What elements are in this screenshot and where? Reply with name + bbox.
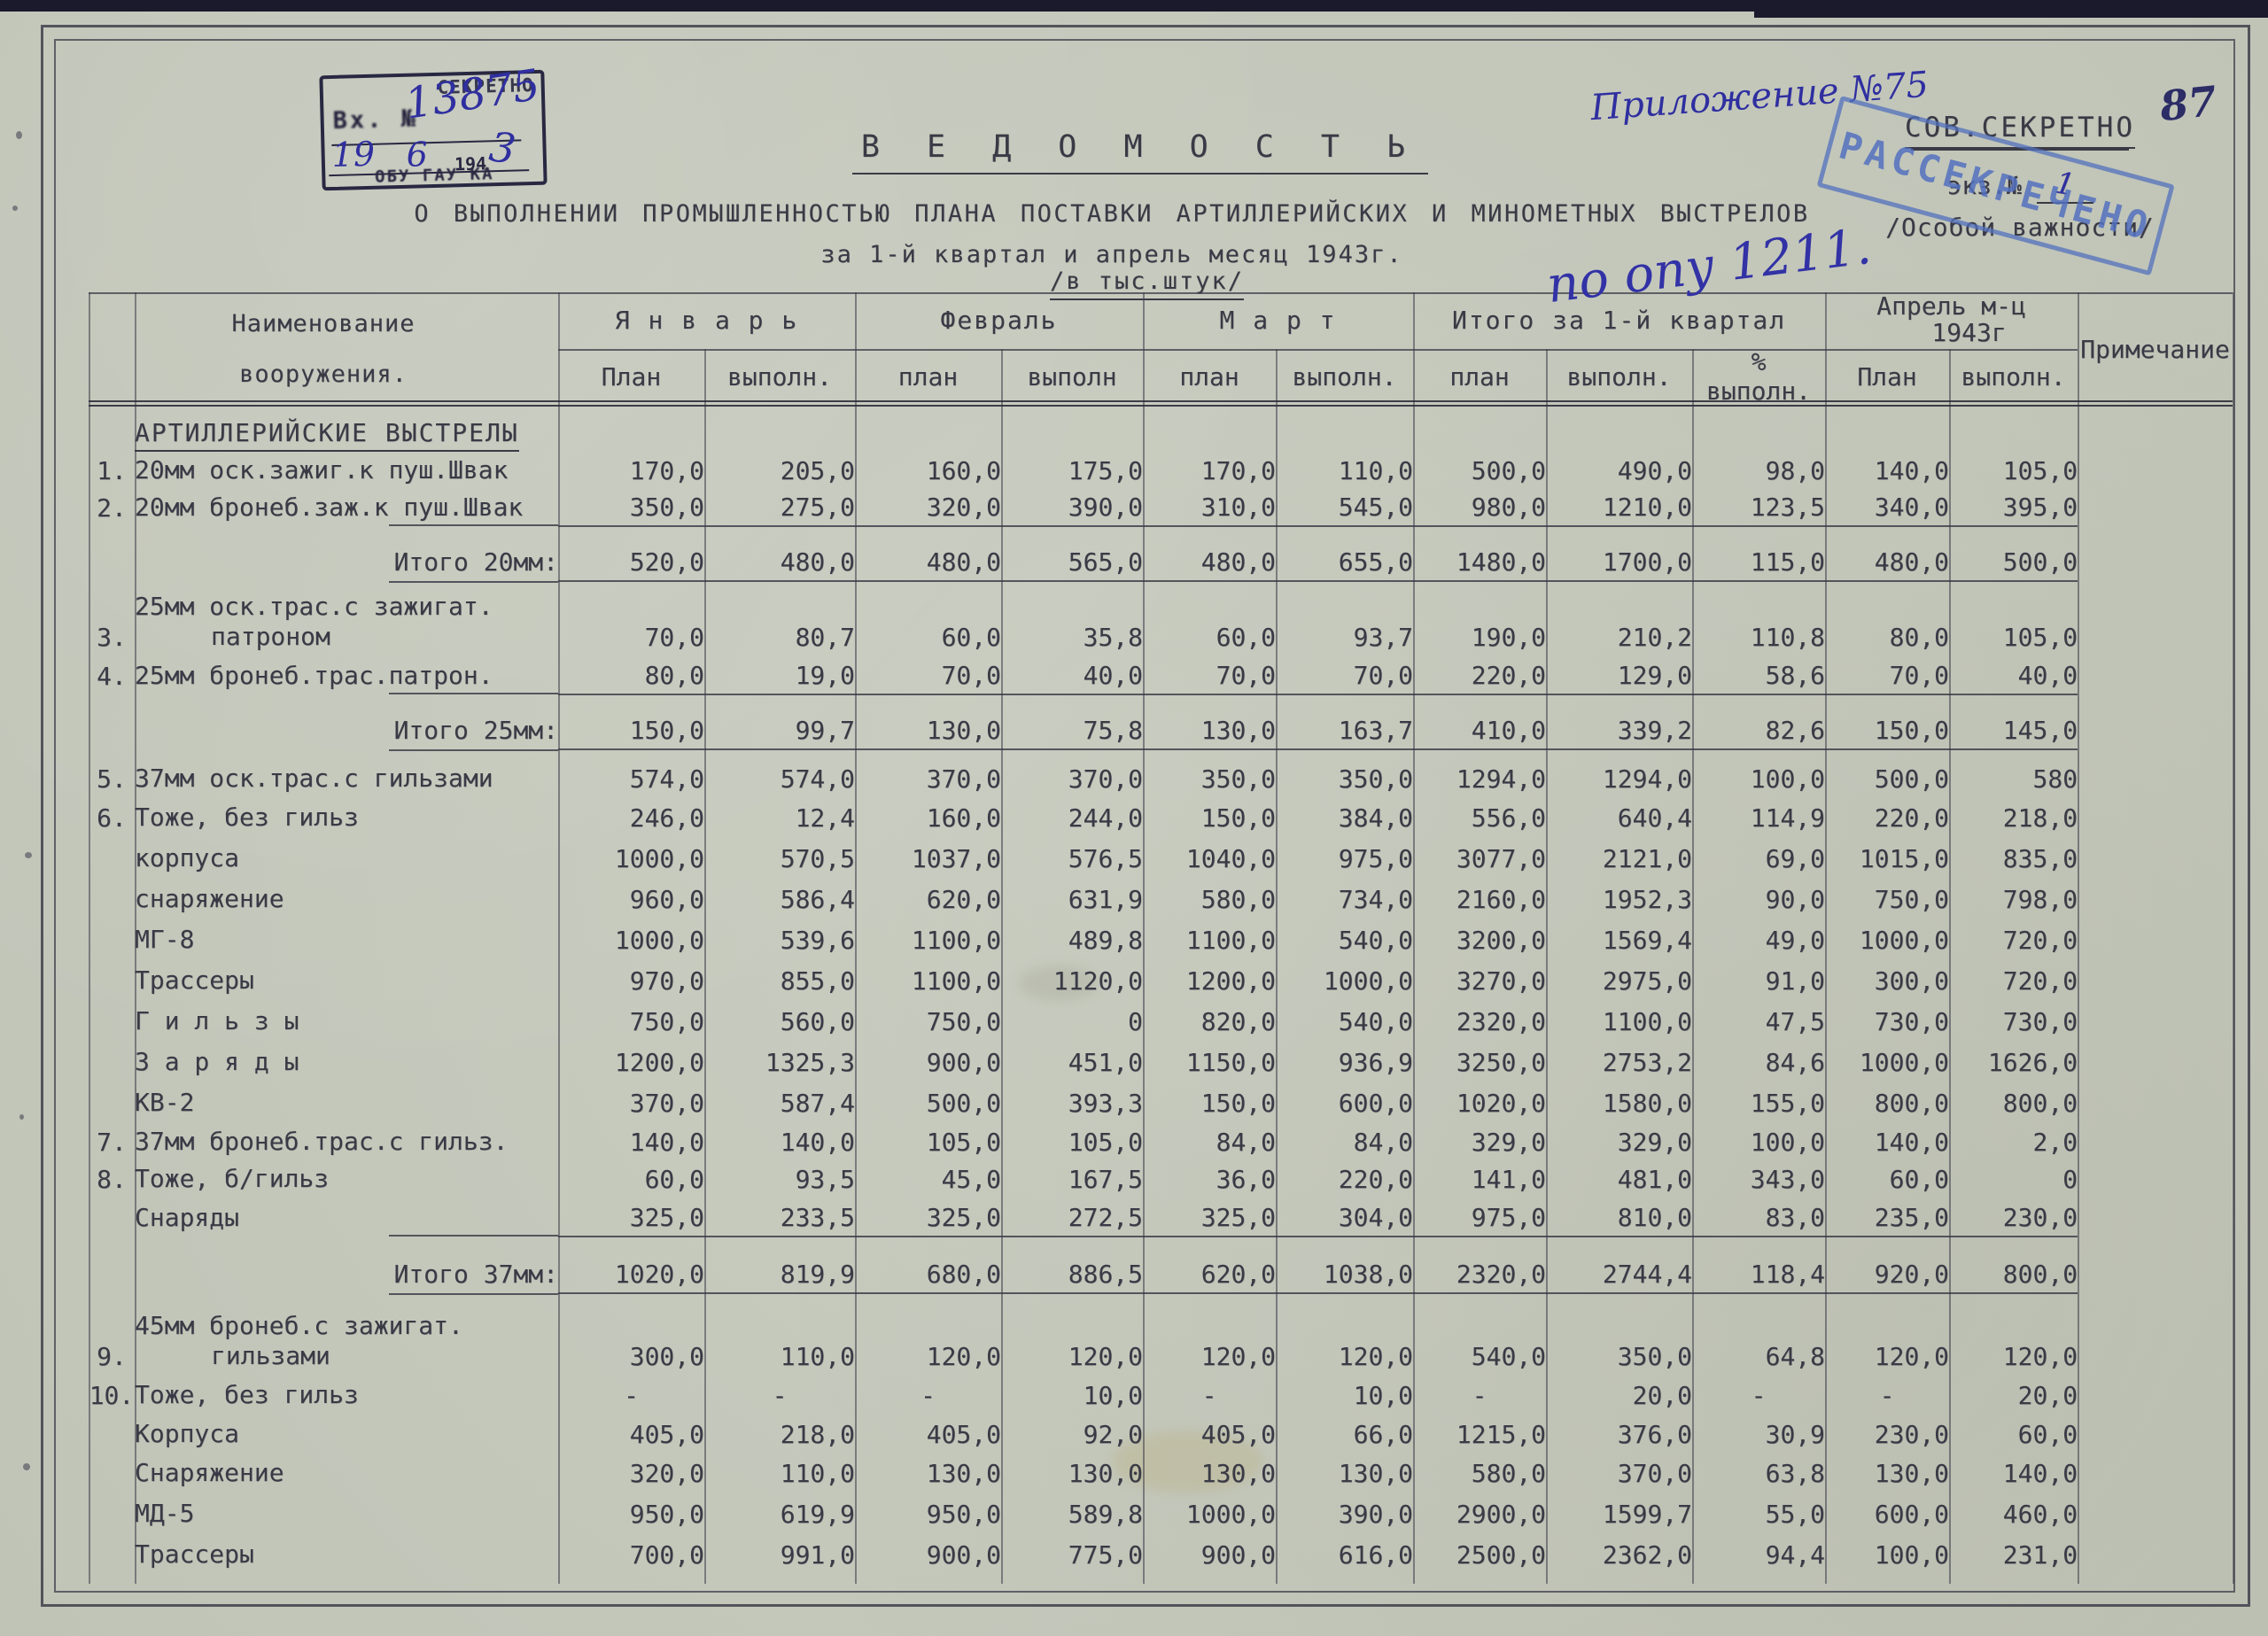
- col-header-name-line1: Наименование: [89, 310, 558, 337]
- document-title: В Е Д О М О С Т Ь: [786, 129, 1495, 165]
- table-row: Снаряжение320,0110,0130,0130,0130,0130,0…: [89, 1453, 2233, 1492]
- row-number: [89, 526, 135, 581]
- cell-value: 105,0: [1949, 590, 2078, 655]
- cell-value: 620,0: [855, 877, 1001, 918]
- cell-value: 2362,0: [1546, 1532, 1692, 1573]
- item-name: 37мм оск.трас.с гильзами: [135, 760, 558, 797]
- cell-value: 3250,0: [1413, 1040, 1546, 1081]
- cell-value: 120,0: [1143, 1307, 1276, 1375]
- section-title: АРТИЛЛЕРИЙСКИЕ ВЫСТРЕЛЫ: [135, 406, 558, 452]
- cell-value: 900,0: [855, 1040, 1001, 1081]
- cell-value: 480,0: [1825, 526, 1949, 581]
- cell-value: 170,0: [1143, 452, 1276, 489]
- cell-value: 1120,0: [1001, 958, 1143, 999]
- table-row: 9.45мм бронеб.с зажигат.гильзами300,0110…: [89, 1307, 2233, 1375]
- cell-value: 574,0: [558, 760, 704, 797]
- table-section-row: АРТИЛЛЕРИЙСКИЕ ВЫСТРЕЛЫ: [89, 406, 2233, 452]
- row-number: 8.: [89, 1160, 135, 1198]
- subcol-mar-plan: план: [1143, 347, 1276, 406]
- cell-value: 3200,0: [1413, 918, 1546, 958]
- note-cell: [2078, 526, 2233, 581]
- table-total-row: Итого 20мм:520,0480,0480,0565,0480,0655,…: [89, 526, 2233, 581]
- cell-value: 350,0: [1276, 760, 1413, 797]
- row-number: [89, 1293, 135, 1307]
- cell-value: 40,0: [1949, 655, 2078, 694]
- cell-value: 835,0: [1949, 836, 2078, 877]
- cell-value: 1000,0: [558, 918, 704, 958]
- cell-value: 655,0: [1276, 526, 1413, 581]
- note-cell: [2078, 655, 2233, 694]
- cell-value: 99,7: [704, 694, 855, 749]
- cell-value: 150,0: [1825, 694, 1949, 749]
- table-row: 2.20мм бронеб.заж.к пуш.Швак350,0275,032…: [89, 489, 2233, 526]
- cell-value: 480,0: [1143, 526, 1276, 581]
- note-cell: [2078, 1307, 2233, 1375]
- cell-value: [1949, 406, 2078, 452]
- cell-value: 60,0: [855, 590, 1001, 655]
- cell-value: 155,0: [1692, 1081, 1825, 1121]
- cell-value: [1413, 749, 1546, 760]
- cell-value: 539,6: [704, 918, 855, 958]
- item-name: Трассеры: [135, 958, 558, 999]
- row-number: [89, 1081, 135, 1121]
- row-number: [89, 1040, 135, 1081]
- cell-value: 1200,0: [1143, 958, 1276, 999]
- cell-value: -: [558, 1375, 704, 1414]
- paper-speck: [19, 1114, 24, 1120]
- cell-value: 1700,0: [1546, 526, 1692, 581]
- cell-value: [1276, 1293, 1413, 1307]
- item-name: 37мм бронеб.трас.с гильз.: [135, 1121, 558, 1160]
- col-header-april-line1: Апрель м-ц: [1825, 293, 2078, 320]
- cell-value: [704, 1293, 855, 1307]
- cell-value: 370,0: [1546, 1453, 1692, 1492]
- row-number: [89, 958, 135, 999]
- subcol-q1-percent: % выполн.: [1692, 347, 1825, 406]
- cell-value: [1692, 1293, 1825, 1307]
- row-number: 1.: [89, 452, 135, 489]
- cell-value: 300,0: [1825, 958, 1949, 999]
- note-cell: [2078, 836, 2233, 877]
- cell-value: 900,0: [855, 1532, 1001, 1573]
- row-number: [89, 581, 135, 590]
- row-number: [89, 918, 135, 958]
- cell-value: [1825, 749, 1949, 760]
- cell-value: 120,0: [1949, 1307, 2078, 1375]
- cell-value: [855, 749, 1001, 760]
- item-name: З а р я д ы: [135, 1040, 558, 1081]
- cell-value: 70,0: [558, 590, 704, 655]
- cell-value: 819,9: [704, 1237, 855, 1293]
- cell-value: 40,0: [1001, 655, 1143, 694]
- cell-value: [1692, 406, 1825, 452]
- cell-value: 460,0: [1949, 1492, 2078, 1532]
- cell-value: 1294,0: [1546, 760, 1692, 797]
- item-name: КВ-2: [135, 1081, 558, 1121]
- item-name: МД-5: [135, 1492, 558, 1532]
- cell-value: [1143, 1293, 1276, 1307]
- cell-value: 480,0: [704, 526, 855, 581]
- cell-value: 70,0: [1143, 655, 1276, 694]
- cell-value: 339,2: [1546, 694, 1692, 749]
- cell-value: [855, 1293, 1001, 1307]
- cell-value: 304,0: [1276, 1198, 1413, 1237]
- cell-value: 405,0: [558, 1414, 704, 1453]
- cell-value: 150,0: [1143, 1081, 1276, 1121]
- cell-value: 1100,0: [1546, 999, 1692, 1040]
- note-cell: [2078, 918, 2233, 958]
- cell-value: 69,0: [1692, 836, 1825, 877]
- cell-value: 370,0: [855, 760, 1001, 797]
- table-row: МГ-81000,0539,61100,0489,81100,0540,0320…: [89, 918, 2233, 958]
- handwritten-page-number: 87: [2157, 77, 2218, 130]
- cell-value: 580,0: [1143, 877, 1276, 918]
- cell-value: 70,0: [1276, 655, 1413, 694]
- cell-value: 405,0: [855, 1414, 1001, 1453]
- cell-value: 110,8: [1692, 590, 1825, 655]
- cell-value: 950,0: [855, 1492, 1001, 1532]
- cell-value: [855, 406, 1001, 452]
- cell-value: 129,0: [1546, 655, 1692, 694]
- table-row: 8.Тоже, б/гильз60,093,545,0167,536,0220,…: [89, 1160, 2233, 1198]
- cell-value: 130,0: [855, 1453, 1001, 1492]
- total-label: Итого 37мм:: [135, 1237, 558, 1293]
- row-number: 4.: [89, 655, 135, 694]
- row-number: 10.: [89, 1375, 135, 1414]
- col-header-note: Примечание: [2078, 292, 2233, 406]
- cell-value: 405,0: [1143, 1414, 1276, 1453]
- cell-value: 384,0: [1276, 797, 1413, 836]
- cell-value: 576,5: [1001, 836, 1143, 877]
- cell-value: [1413, 406, 1546, 452]
- item-name: Снаряжение: [135, 1453, 558, 1492]
- table-row: 4.25мм бронеб.трас.патрон.80,019,070,040…: [89, 655, 2233, 694]
- table-row: МД-5950,0619,9950,0589,81000,0390,02900,…: [89, 1492, 2233, 1532]
- cell-value: 130,0: [1001, 1453, 1143, 1492]
- cell-value: 244,0: [1001, 797, 1143, 836]
- cell-value: -: [1143, 1375, 1276, 1414]
- table-row: 7.37мм бронеб.трас.с гильз.140,0140,0105…: [89, 1121, 2233, 1160]
- cell-value: 556,0: [1413, 797, 1546, 836]
- cell-value: 800,0: [1949, 1081, 2078, 1121]
- cell-value: 920,0: [1825, 1237, 1949, 1293]
- note-cell: [2078, 1040, 2233, 1081]
- cell-value: 90,0: [1692, 877, 1825, 918]
- item-name: снаряжение: [135, 877, 558, 918]
- total-label: Итого 25мм:: [135, 694, 558, 749]
- cell-value: 140,0: [558, 1121, 704, 1160]
- cell-value: [1825, 1293, 1949, 1307]
- cell-value: 370,0: [1001, 760, 1143, 797]
- item-name: Тоже, без гильз: [135, 1375, 558, 1414]
- note-cell: [2078, 760, 2233, 797]
- cell-value: 93,5: [704, 1160, 855, 1198]
- cell-value: 233,5: [704, 1198, 855, 1237]
- row-number: [89, 1492, 135, 1532]
- cell-value: 64,8: [1692, 1307, 1825, 1375]
- cell-value: 1100,0: [855, 958, 1001, 999]
- cell-value: 0: [1001, 999, 1143, 1040]
- cell-value: 84,0: [1276, 1121, 1413, 1160]
- cell-value: 220,0: [1413, 655, 1546, 694]
- cell-value: 936,9: [1276, 1040, 1413, 1081]
- cell-value: 118,4: [1692, 1237, 1825, 1293]
- cell-value: 500,0: [1949, 526, 2078, 581]
- cell-value: 60,0: [558, 1160, 704, 1198]
- item-name: 45мм бронеб.с зажигат.гильзами: [135, 1307, 558, 1375]
- row-number: [89, 1453, 135, 1492]
- cell-value: 140,0: [1825, 452, 1949, 489]
- subcol-feb-plan: план: [855, 347, 1001, 406]
- cell-value: 115,0: [1692, 526, 1825, 581]
- table-row: Снаряды325,0233,5325,0272,5325,0304,0975…: [89, 1198, 2233, 1237]
- incoming-registration-stamp: СЕКРЕТНО Вх. № 13875 19 6 194 3 ОБУ ГАУ …: [319, 70, 547, 191]
- cell-value: 2121,0: [1546, 836, 1692, 877]
- note-cell: [2078, 877, 2233, 918]
- cell-value: 60,0: [1143, 590, 1276, 655]
- cell-value: 1952,3: [1546, 877, 1692, 918]
- cell-value: 120,0: [1276, 1307, 1413, 1375]
- cell-value: 66,0: [1276, 1414, 1413, 1453]
- cell-value: 47,5: [1692, 999, 1825, 1040]
- cell-value: 110,0: [704, 1307, 855, 1375]
- item-name: Тоже, без гильз: [135, 797, 558, 836]
- note-cell: [2078, 1375, 2233, 1414]
- cell-value: 12,4: [704, 797, 855, 836]
- item-name: Снаряды: [135, 1198, 558, 1237]
- cell-value: 1100,0: [855, 918, 1001, 958]
- cell-value: 350,0: [1143, 760, 1276, 797]
- cell-value: 2975,0: [1546, 958, 1692, 999]
- cell-value: 1325,3: [704, 1040, 855, 1081]
- cell-value: 720,0: [1949, 918, 2078, 958]
- table-row: 3.25мм оск.трас.с зажигат.патроном70,080…: [89, 590, 2233, 655]
- cell-value: 500,0: [855, 1081, 1001, 1121]
- cell-value: 730,0: [1825, 999, 1949, 1040]
- cell-value: 376,0: [1546, 1414, 1692, 1453]
- cell-value: 145,0: [1949, 694, 2078, 749]
- note-cell: [2078, 1414, 2233, 1453]
- cell-value: 150,0: [1143, 797, 1276, 836]
- cell-value: -: [1825, 1375, 1949, 1414]
- table-row: 1.20мм оск.зажиг.к пуш.Швак170,0205,0160…: [89, 452, 2233, 489]
- cell-value: [1413, 1293, 1546, 1307]
- cell-value: 798,0: [1949, 877, 2078, 918]
- cell-value: 150,0: [558, 694, 704, 749]
- cell-value: 734,0: [1276, 877, 1413, 918]
- cell-value: 390,0: [1001, 489, 1143, 526]
- cell-value: 105,0: [855, 1121, 1001, 1160]
- cell-value: 130,0: [1276, 1453, 1413, 1492]
- cell-value: 980,0: [1413, 489, 1546, 526]
- cell-value: 0: [1949, 1160, 2078, 1198]
- note-cell: [2078, 749, 2233, 760]
- cell-value: 1294,0: [1413, 760, 1546, 797]
- cell-value: 310,0: [1143, 489, 1276, 526]
- cell-value: 80,7: [704, 590, 855, 655]
- cell-value: 84,0: [1143, 1121, 1276, 1160]
- cell-value: [1825, 581, 1949, 590]
- cell-value: 105,0: [1949, 452, 2078, 489]
- table-row: 10.Тоже, без гильз---10,0-10,0-20,0--20,…: [89, 1375, 2233, 1414]
- note-cell: [2078, 694, 2233, 749]
- item-name: Тоже, б/гильз: [135, 1160, 558, 1198]
- cell-value: 1015,0: [1825, 836, 1949, 877]
- cell-value: 580: [1949, 760, 2078, 797]
- cell-value: 481,0: [1546, 1160, 1692, 1198]
- cell-value: 100,0: [1692, 760, 1825, 797]
- cell-value: 75,8: [1001, 694, 1143, 749]
- note-cell: [2078, 1293, 2233, 1307]
- item-name: корпуса: [135, 836, 558, 877]
- row-number: [89, 877, 135, 918]
- cell-value: 60,0: [1949, 1414, 2078, 1453]
- cell-value: 235,0: [1825, 1198, 1949, 1237]
- cell-value: 545,0: [1276, 489, 1413, 526]
- cell-value: 35,8: [1001, 590, 1143, 655]
- cell-value: 320,0: [855, 489, 1001, 526]
- item-name: 20мм оск.зажиг.к пуш.Швак: [135, 452, 558, 489]
- cell-value: 370,0: [558, 1081, 704, 1121]
- cell-value: 20,0: [1949, 1375, 2078, 1414]
- cell-value: 63,8: [1692, 1453, 1825, 1492]
- cell-value: 163,7: [1276, 694, 1413, 749]
- cell-value: 540,0: [1276, 999, 1413, 1040]
- row-number: [89, 1532, 135, 1573]
- subcol-jan-plan: План: [558, 347, 704, 406]
- row-number: [89, 999, 135, 1040]
- cell-value: 1038,0: [1276, 1237, 1413, 1293]
- cell-value: 810,0: [1546, 1198, 1692, 1237]
- table-spacer-row: [89, 1293, 2233, 1307]
- cell-value: 175,0: [1001, 452, 1143, 489]
- cell-value: 343,0: [1692, 1160, 1825, 1198]
- row-number: 7.: [89, 1121, 135, 1160]
- row-number: 6.: [89, 797, 135, 836]
- cell-value: 970,0: [558, 958, 704, 999]
- cell-value: 600,0: [1276, 1081, 1413, 1121]
- cell-value: 230,0: [1949, 1198, 2078, 1237]
- note-cell: [2078, 797, 2233, 836]
- cell-value: 2320,0: [1413, 999, 1546, 1040]
- cell-value: 20,0: [1546, 1375, 1692, 1414]
- cell-value: 631,9: [1001, 877, 1143, 918]
- cell-value: 55,0: [1692, 1492, 1825, 1532]
- note-cell: [2078, 1160, 2233, 1198]
- cell-value: 775,0: [1001, 1532, 1143, 1573]
- table-total-row: Итого 25мм:150,099,7130,075,8130,0163,74…: [89, 694, 2233, 749]
- table-row: 5.37мм оск.трас.с гильзами574,0574,0370,…: [89, 760, 2233, 797]
- table-vline: [2233, 292, 2234, 1584]
- cell-value: 410,0: [1413, 694, 1546, 749]
- cell-value: 98,0: [1692, 452, 1825, 489]
- cell-value: 1626,0: [1949, 1040, 2078, 1081]
- note-cell: [2078, 489, 2233, 526]
- cell-value: 616,0: [1276, 1532, 1413, 1573]
- table-row: Г и л ь з ы750,0560,0750,00820,0540,0232…: [89, 999, 2233, 1040]
- table-row: Корпуса405,0218,0405,092,0405,066,01215,…: [89, 1414, 2233, 1453]
- item-name: 25мм бронеб.трас.патрон.: [135, 655, 558, 694]
- cell-value: 218,0: [704, 1414, 855, 1453]
- cell-value: 1569,4: [1546, 918, 1692, 958]
- cell-value: [1692, 749, 1825, 760]
- cell-value: 565,0: [1001, 526, 1143, 581]
- row-number: [89, 749, 135, 760]
- cell-value: [1143, 749, 1276, 760]
- cell-value: [1143, 581, 1276, 590]
- cell-value: 123,5: [1692, 489, 1825, 526]
- cell-value: 500,0: [1413, 452, 1546, 489]
- cell-value: [1949, 581, 2078, 590]
- cell-value: 1000,0: [1825, 1040, 1949, 1081]
- note-cell: [2078, 1532, 2233, 1573]
- cell-value: 574,0: [704, 760, 855, 797]
- note-cell: [2078, 958, 2233, 999]
- cell-value: [1001, 1293, 1143, 1307]
- col-header-april: Апрель м-ц 1943г: [1825, 292, 2078, 347]
- item-name: Корпуса: [135, 1414, 558, 1453]
- cell-value: 1000,0: [1276, 958, 1413, 999]
- cell-value: 130,0: [1143, 1453, 1276, 1492]
- cell-value: 2320,0: [1413, 1237, 1546, 1293]
- subcol-apr-plan: План: [1825, 347, 1949, 406]
- cell-value: [1949, 749, 2078, 760]
- subcol-mar-done: выполн.: [1276, 347, 1413, 406]
- subcol-apr-done: выполн.: [1949, 347, 2078, 406]
- cell-value: 975,0: [1413, 1198, 1546, 1237]
- cell-value: 2160,0: [1413, 877, 1546, 918]
- row-number: 3.: [89, 590, 135, 655]
- cell-value: 3270,0: [1413, 958, 1546, 999]
- table-row: 6.Тоже, без гильз246,012,4160,0244,0150,…: [89, 797, 2233, 836]
- item-name: Трассеры: [135, 1532, 558, 1573]
- col-header-name: Наименование вооружения.: [89, 292, 558, 406]
- note-cell: [2078, 1453, 2233, 1492]
- cell-value: 620,0: [1143, 1237, 1276, 1293]
- cell-value: 3077,0: [1413, 836, 1546, 877]
- total-label: Итого 20мм:: [135, 526, 558, 581]
- cell-value: 329,0: [1546, 1121, 1692, 1160]
- item-name: Г и л ь з ы: [135, 999, 558, 1040]
- paper-speck: [16, 131, 22, 139]
- row-number: 2.: [89, 489, 135, 526]
- paper-speck: [12, 205, 18, 211]
- cell-value: 991,0: [704, 1532, 855, 1573]
- cell-value: [558, 581, 704, 590]
- cell-value: 93,7: [1276, 590, 1413, 655]
- cell-value: -: [855, 1375, 1001, 1414]
- col-header-march: М а р т: [1143, 292, 1413, 347]
- cell-value: 886,5: [1001, 1237, 1143, 1293]
- cell-value: [558, 1293, 704, 1307]
- cell-value: 395,0: [1949, 489, 2078, 526]
- cell-value: [1276, 406, 1413, 452]
- cell-value: 70,0: [855, 655, 1001, 694]
- cell-value: 580,0: [1413, 1453, 1546, 1492]
- subcol-jan-done: выполн.: [704, 347, 855, 406]
- cell-value: 246,0: [558, 797, 704, 836]
- subcol-feb-done: выполн: [1001, 347, 1143, 406]
- cell-value: 855,0: [704, 958, 855, 999]
- note-cell: [2078, 1198, 2233, 1237]
- cell-value: 36,0: [1143, 1160, 1276, 1198]
- cell-value: 1580,0: [1546, 1081, 1692, 1121]
- cell-value: 1000,0: [1143, 1492, 1276, 1532]
- cell-value: 167,5: [1001, 1160, 1143, 1198]
- cell-value: [704, 749, 855, 760]
- cell-value: 130,0: [1825, 1453, 1949, 1492]
- cell-value: 2744,4: [1546, 1237, 1692, 1293]
